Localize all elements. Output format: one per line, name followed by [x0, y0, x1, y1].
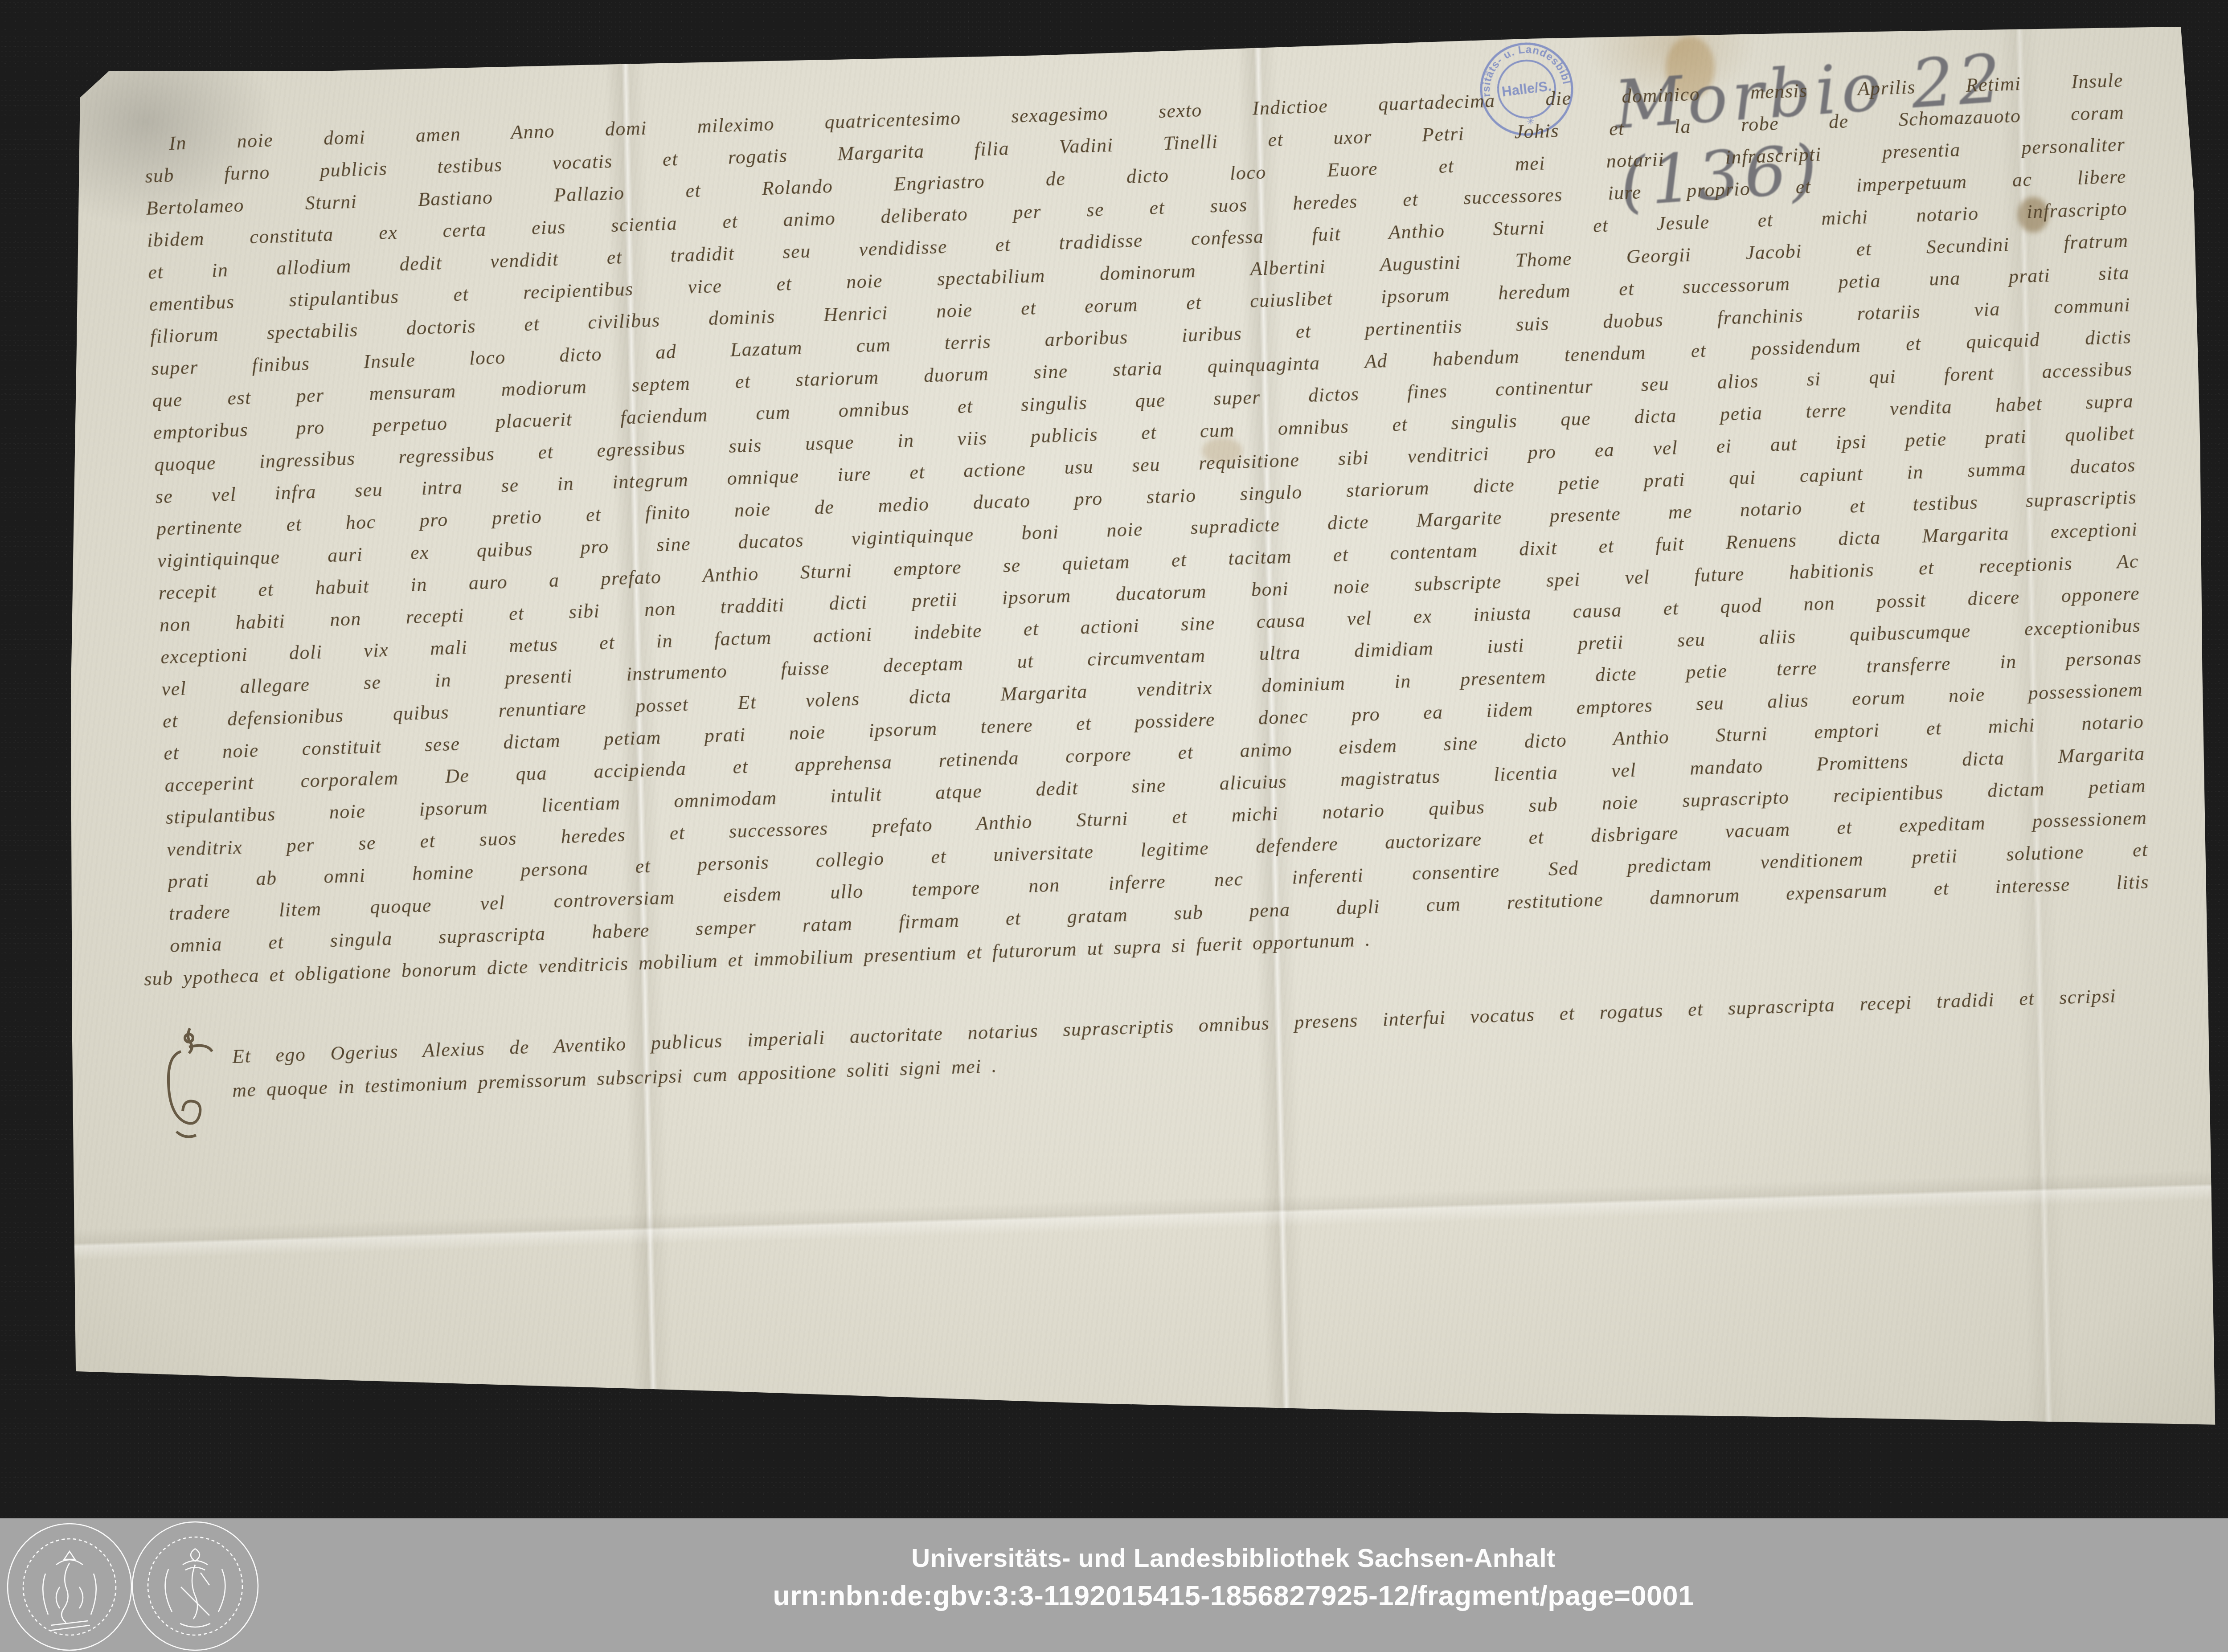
fold-crease-horizontal: [70, 1169, 2217, 1260]
library-name: Universitäts- und Landesbibliothek Sachs…: [476, 1543, 1991, 1573]
urn-identifier[interactable]: urn:nbn:de:gbv:3:3-1192015415-1856827925…: [476, 1580, 1991, 1612]
footer-bar: Universitäts- und Landesbibliothek Sachs…: [0, 1518, 2228, 1652]
manuscript-text-block: In noie domi amen Anno domi mileximo qua…: [143, 65, 2150, 962]
notary-sign-manual: [163, 1020, 230, 1154]
scan-page: Universitäts- u. Landesbibliothek Halle/…: [0, 0, 2228, 1652]
university-seals: [3, 1520, 270, 1652]
